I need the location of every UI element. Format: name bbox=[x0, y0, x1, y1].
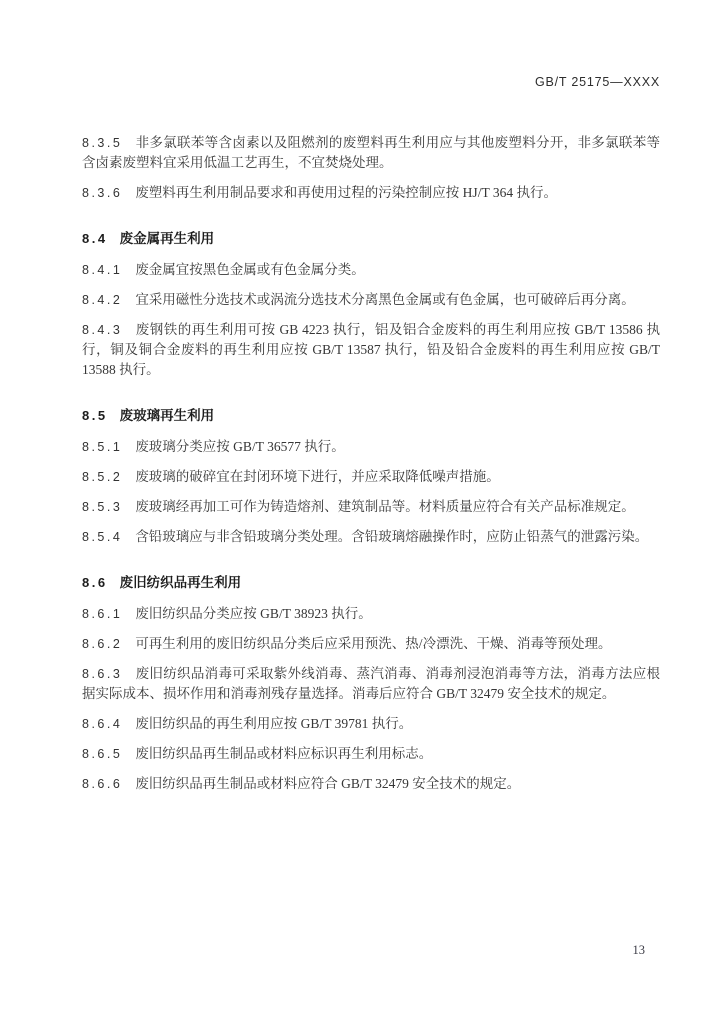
clause-number: 8.5.1 bbox=[82, 440, 122, 454]
clause-text: 废金属宜按黑色金属或有色金属分类。 bbox=[135, 262, 365, 277]
clause-8-6-5: 8.6.5废旧纺织品再生制品或材料应标识再生利用标志。 bbox=[82, 744, 660, 764]
clause-8-5-3: 8.5.3废玻璃经再加工可作为铸造熔剂、建筑制品等。材料质量应符合有关产品标准规… bbox=[82, 497, 660, 517]
clause-text: 含铅玻璃应与非含铅玻璃分类处理。含铅玻璃熔融操作时，应防止铅蒸气的泄露污染。 bbox=[135, 529, 648, 544]
clause-number: 8.6.2 bbox=[82, 637, 122, 651]
clause-8-5-1: 8.5.1废玻璃分类应按 GB/T 36577 执行。 bbox=[82, 437, 660, 457]
clause-8-6-2: 8.6.2可再生利用的废旧纺织品分类后应采用预洗、热/冷漂洗、干燥、消毒等预处理… bbox=[82, 634, 660, 654]
running-header: GB/T 25175—XXXX bbox=[535, 75, 660, 89]
clause-8-3-6: 8.3.6废塑料再生利用制品要求和再使用过程的污染控制应按 HJ/T 364 执… bbox=[82, 183, 660, 203]
clause-8-3-5: 8.3.5非多氯联苯等含卤素以及阻燃剂的废塑料再生利用应与其他废塑料分开，非多氯… bbox=[82, 133, 660, 173]
section-heading-8-5: 8.5废玻璃再生利用 bbox=[82, 406, 660, 426]
clause-text: 废钢铁的再生利用可按 GB 4223 执行，铝及铝合金废料的再生利用应按 GB/… bbox=[82, 322, 660, 377]
clause-number: 8.3.6 bbox=[82, 186, 122, 200]
section-number: 8.5 bbox=[82, 408, 108, 423]
clause-text: 废旧纺织品消毒可采取紫外线消毒、蒸汽消毒、消毒剂浸泡消毒等方法，消毒方法应根据实… bbox=[82, 666, 660, 701]
document-body: 8.3.5非多氯联苯等含卤素以及阻燃剂的废塑料再生利用应与其他废塑料分开，非多氯… bbox=[82, 133, 660, 804]
clause-number: 8.6.3 bbox=[82, 667, 122, 681]
clause-text: 废玻璃分类应按 GB/T 36577 执行。 bbox=[135, 439, 344, 454]
clause-number: 8.6.4 bbox=[82, 717, 122, 731]
section-title: 废旧纺织品再生利用 bbox=[120, 575, 242, 590]
clause-text: 废旧纺织品再生制品或材料应标识再生利用标志。 bbox=[135, 746, 432, 761]
clause-number: 8.6.5 bbox=[82, 747, 122, 761]
clause-number: 8.6.6 bbox=[82, 777, 122, 791]
clause-8-4-3: 8.4.3废钢铁的再生利用可按 GB 4223 执行，铝及铝合金废料的再生利用应… bbox=[82, 320, 660, 380]
clause-text: 废塑料再生利用制品要求和再使用过程的污染控制应按 HJ/T 364 执行。 bbox=[135, 185, 557, 200]
clause-text: 废旧纺织品再生制品或材料应符合 GB/T 32479 安全技术的规定。 bbox=[135, 776, 520, 791]
clause-8-6-1: 8.6.1废旧纺织品分类应按 GB/T 38923 执行。 bbox=[82, 604, 660, 624]
section-title: 废玻璃再生利用 bbox=[120, 408, 215, 423]
clause-8-6-4: 8.6.4废旧纺织品的再生利用应按 GB/T 39781 执行。 bbox=[82, 714, 660, 734]
section-heading-8-6: 8.6废旧纺织品再生利用 bbox=[82, 573, 660, 593]
clause-number: 8.5.2 bbox=[82, 470, 122, 484]
clause-number: 8.4.2 bbox=[82, 293, 122, 307]
clause-8-4-1: 8.4.1废金属宜按黑色金属或有色金属分类。 bbox=[82, 260, 660, 280]
clause-number: 8.6.1 bbox=[82, 607, 122, 621]
clause-8-5-2: 8.5.2废玻璃的破碎宜在封闭环境下进行，并应采取降低噪声措施。 bbox=[82, 467, 660, 487]
clause-8-5-4: 8.5.4含铅玻璃应与非含铅玻璃分类处理。含铅玻璃熔融操作时，应防止铅蒸气的泄露… bbox=[82, 527, 660, 547]
section-number: 8.6 bbox=[82, 575, 108, 590]
clause-number: 8.5.4 bbox=[82, 530, 122, 544]
section-number: 8.4 bbox=[82, 231, 108, 246]
clause-8-6-3: 8.6.3废旧纺织品消毒可采取紫外线消毒、蒸汽消毒、消毒剂浸泡消毒等方法，消毒方… bbox=[82, 664, 660, 704]
clause-text: 废玻璃的破碎宜在封闭环境下进行，并应采取降低噪声措施。 bbox=[135, 469, 500, 484]
clause-8-6-6: 8.6.6废旧纺织品再生制品或材料应符合 GB/T 32479 安全技术的规定。 bbox=[82, 774, 660, 794]
section-heading-8-4: 8.4废金属再生利用 bbox=[82, 229, 660, 249]
clause-text: 宜采用磁性分选技术或涡流分选技术分离黑色金属或有色金属，也可破碎后再分离。 bbox=[135, 292, 635, 307]
clause-number: 8.4.1 bbox=[82, 263, 122, 277]
section-title: 废金属再生利用 bbox=[120, 231, 215, 246]
clause-number: 8.4.3 bbox=[82, 323, 122, 337]
clause-text: 废旧纺织品的再生利用应按 GB/T 39781 执行。 bbox=[135, 716, 412, 731]
page-number: 13 bbox=[633, 943, 646, 958]
clause-number: 8.3.5 bbox=[82, 136, 122, 150]
clause-number: 8.5.3 bbox=[82, 500, 122, 514]
clause-text: 可再生利用的废旧纺织品分类后应采用预洗、热/冷漂洗、干燥、消毒等预处理。 bbox=[135, 636, 611, 651]
clause-8-4-2: 8.4.2宜采用磁性分选技术或涡流分选技术分离黑色金属或有色金属，也可破碎后再分… bbox=[82, 290, 660, 310]
clause-text: 废旧纺织品分类应按 GB/T 38923 执行。 bbox=[135, 606, 371, 621]
clause-text: 非多氯联苯等含卤素以及阻燃剂的废塑料再生利用应与其他废塑料分开，非多氯联苯等含卤… bbox=[82, 135, 660, 170]
clause-text: 废玻璃经再加工可作为铸造熔剂、建筑制品等。材料质量应符合有关产品标准规定。 bbox=[135, 499, 635, 514]
